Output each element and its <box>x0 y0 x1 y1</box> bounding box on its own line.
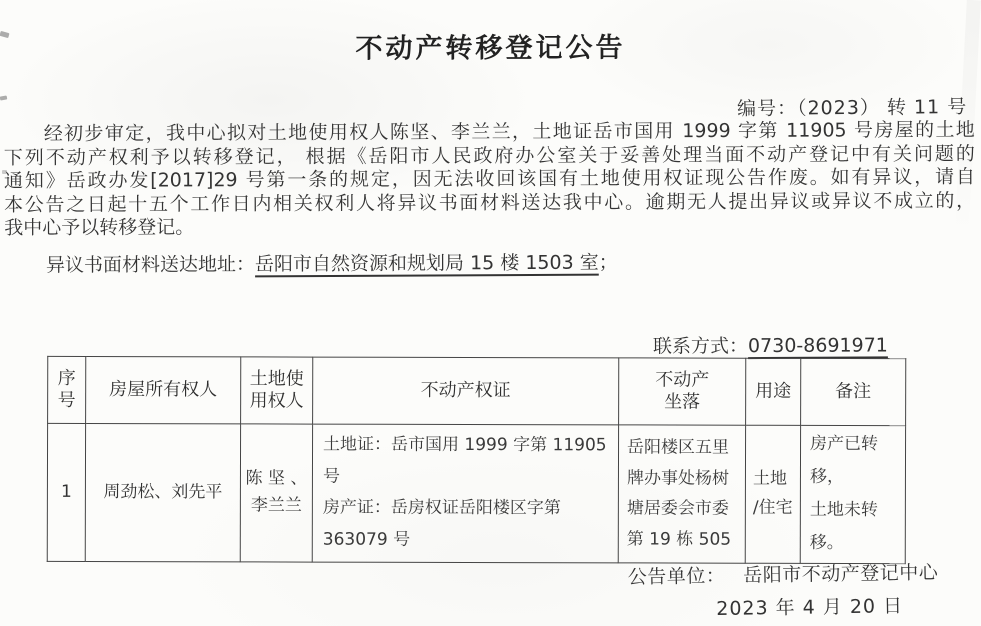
objection-address-value: 岳阳市自然资源和规划局 15 楼 1503 室 <box>255 252 599 276</box>
cell-use: 土地 /住宅 <box>745 425 800 563</box>
header-cell-land-user: 土地使 用权人 <box>241 357 313 424</box>
header-cell-seq: 序 号 <box>48 356 86 423</box>
cell-house-owner: 周劲松、刘先平 <box>85 423 240 561</box>
page-title: 不动产转移登记公告 <box>0 24 981 66</box>
contact-line: 联系方式：0730-8691971 <box>653 330 888 358</box>
cell-seq: 1 <box>47 423 85 561</box>
header-cell-use: 用途 <box>746 358 801 425</box>
cell-land-user: 陈 坚 、 李兰兰 <box>240 424 312 562</box>
doc-number: 编号：（2023） 转 11 号 <box>737 92 967 121</box>
header-cell-house-owner: 房屋所有权人 <box>86 356 241 423</box>
scan-edge-mark <box>0 95 7 100</box>
header-cell-cert: 不动产权证 <box>313 357 619 425</box>
header-cell-location: 不动产 坐落 <box>619 358 746 425</box>
contact-label: 联系方式： <box>653 335 748 357</box>
notice-body-line: 通知》岳政办发[2017]29 号第一条的规定，因无法收回该国有土地使用权证现公… <box>4 166 975 194</box>
header-cell-note: 备注 <box>801 358 906 425</box>
issuer-label: 公告单位： <box>628 565 726 589</box>
doc-number-label: 编号： <box>737 97 797 120</box>
scanned-notice-page: 不动产转移登记公告 编号：（2023） 转 11 号 经初步审定，我中心拟对土地… <box>0 0 981 626</box>
objection-address-line: 异议书面材料送达地址：岳阳市自然资源和规划局 15 楼 1503 室； <box>46 248 618 278</box>
table-row: 1 周劲松、刘先平 陈 坚 、 李兰兰 土地证：岳市国用 1999 字第 119… <box>47 423 905 563</box>
table-header-row: 序 号 房屋所有权人 土地使 用权人 不动产权证 不动产 坐落 用途 备注 <box>48 356 906 425</box>
footer-issuer-row: 公告单位：岳阳市不动产登记中心 <box>628 558 939 590</box>
notice-body-line: 我中心予以转移登记。 <box>4 213 975 241</box>
cell-location: 岳阳楼区五里牌办事处杨树塘居委会市委第 19 栋 505 <box>618 425 745 563</box>
cell-note: 房产已转移， 土地未转移。 <box>800 425 905 563</box>
footer: 公告单位：岳阳市不动产登记中心 2023 年 4 月 20 日 <box>628 558 939 623</box>
issuer-name: 岳阳市不动产登记中心 <box>743 562 938 587</box>
cell-cert: 土地证：岳市国用 1999 字第 11905 号 房产证：岳房权证岳阳楼区字第 … <box>312 424 618 562</box>
notice-body-line: 经初步审定，我中心拟对土地使用权人陈坚、李兰兰，土地证岳市国用 1999 字第 … <box>4 119 975 147</box>
objection-address-label: 异议书面材料送达地址： <box>46 253 255 276</box>
notice-body-line: 本公告之日起十五个工作日内相关权利人将异议书面材料送达我中心。逾期无人提出异议或… <box>4 189 975 217</box>
objection-address-suffix: ； <box>599 252 618 274</box>
notice-body: 经初步审定，我中心拟对土地使用权人陈坚、李兰兰，土地证岳市国用 1999 字第 … <box>4 119 976 241</box>
footer-date: 2023 年 4 月 20 日 <box>716 591 939 621</box>
doc-number-value: （2023） 转 11 号 <box>797 96 967 119</box>
notice-table: 序 号 房屋所有权人 土地使 用权人 不动产权证 不动产 坐落 用途 备注 1 … <box>47 356 907 564</box>
contact-phone: 0730-8691971 <box>748 334 888 357</box>
